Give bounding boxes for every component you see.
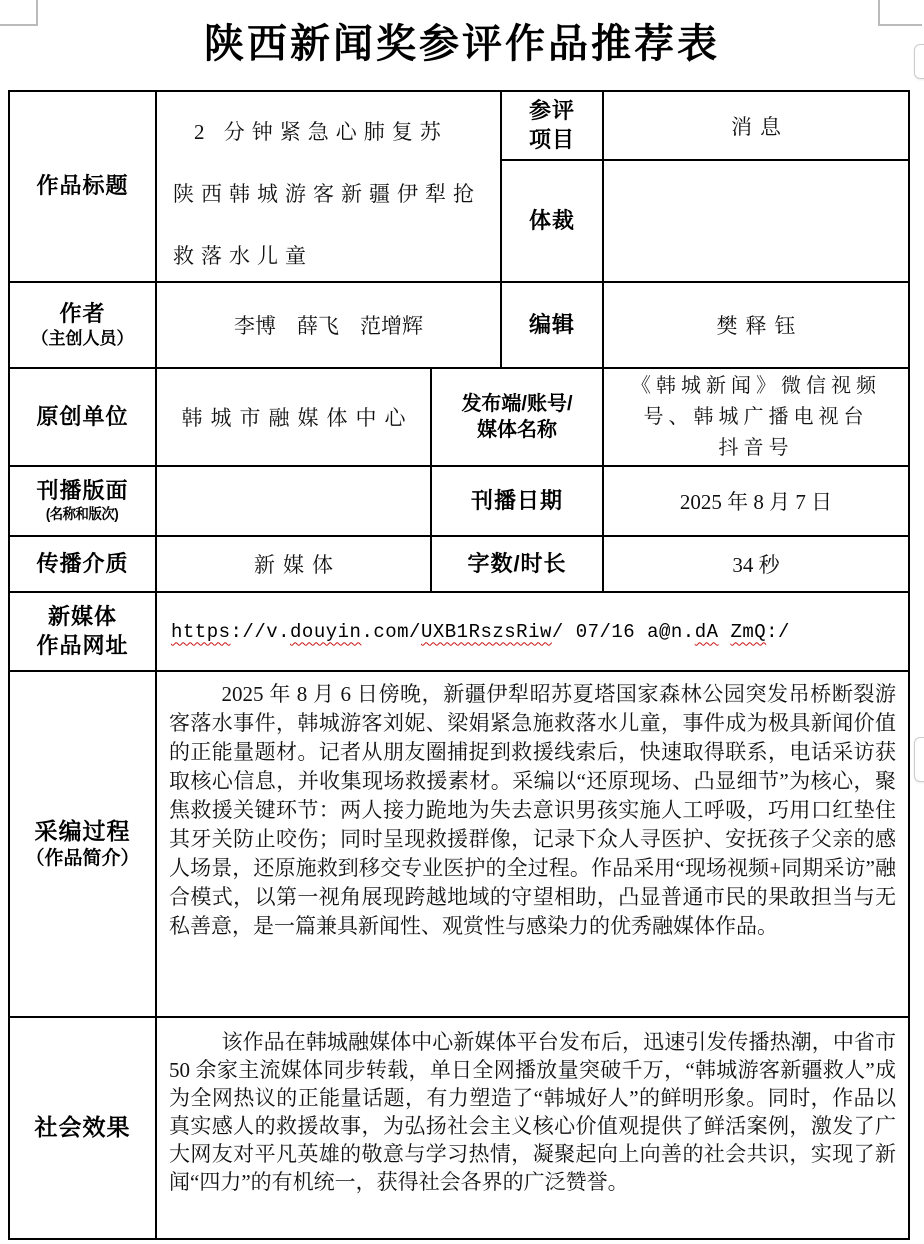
entry-category-label-cell: 参评 项目 (502, 92, 604, 161)
editor-label: 编辑 (529, 311, 575, 340)
process-text: 2025 年 8 月 6 日傍晚，新疆伊犁昭苏夏塔国家森林公园突发吊桥断裂游客落… (169, 680, 896, 941)
process-label-cell: 采编过程 （作品简介） (10, 672, 157, 1018)
medium-value-cell: 新媒体 (157, 537, 432, 593)
editor-value-cell: 樊释钰 (604, 283, 908, 369)
editor-value: 樊释钰 (709, 310, 804, 340)
entry-category-label-line1: 参评 (529, 97, 575, 126)
publish-date-value-cell: 2025 年 8 月 7 日 (604, 467, 908, 537)
work-title-label-cell: 作品标题 (10, 92, 157, 283)
genre-label-cell: 体裁 (502, 161, 604, 283)
editor-label-cell: 编辑 (502, 283, 604, 369)
page-title: 陕西新闻奖参评作品推荐表 (0, 12, 924, 69)
publish-account-value-line2: 号、韩城广播电视台 (631, 402, 881, 433)
process-label-line1: 采编过程 (25, 817, 139, 847)
length-value-cell: 34 秒 (604, 537, 908, 593)
author-sublabel: （主创人员） (32, 328, 134, 350)
entry-category-value-cell: 消息 (604, 92, 908, 161)
document-page: 陕西新闻奖参评作品推荐表 作品标题 2 分钟紧急心肺复苏 陕西韩城游客新疆伊犁抢… (0, 0, 924, 1244)
author-value-cell: 李博 薛飞 范增辉 (157, 283, 502, 369)
author-label-cell: 作者 （主创人员） (10, 283, 157, 369)
author-value: 李博 薛飞 范增辉 (234, 310, 423, 340)
url-label-cell: 新媒体 作品网址 (10, 593, 157, 672)
genre-label: 体裁 (529, 207, 575, 236)
work-title-value-cell: 2 分钟紧急心肺复苏 陕西韩城游客新疆伊犁抢救落水儿童 (157, 92, 502, 283)
url-text: https://v.douyin.com/UXB1RszsRiw/ 07/16 … (171, 621, 790, 643)
publish-page-label: 刊播版面 (36, 477, 128, 506)
entry-category-label-line2: 项目 (529, 126, 575, 155)
original-unit-value-cell: 韩城市融媒体中心 (157, 369, 432, 467)
genre-value-cell (604, 161, 908, 283)
original-unit-label: 原创单位 (36, 403, 128, 432)
entry-category-value: 消息 (723, 111, 789, 141)
publish-account-value-cell: 《韩城新闻》微信视频 号、韩城广播电视台 抖音号 (604, 369, 908, 467)
side-handle-middle[interactable] (914, 737, 924, 782)
social-effect-label: 社会效果 (35, 1113, 131, 1143)
social-effect-text: 该作品在韩城融媒体中心新媒体平台发布后，迅速引发传播热潮，中省市 50 余家主流… (169, 1026, 896, 1196)
length-value: 34 秒 (732, 549, 779, 579)
publish-account-value-line3: 抖音号 (631, 433, 881, 464)
url-label-line1: 新媒体 (36, 603, 128, 632)
publish-account-label-cell: 发布端/账号/ 媒体名称 (432, 369, 604, 467)
process-value-cell: 2025 年 8 月 6 日傍晚，新疆伊犁昭苏夏塔国家森林公园突发吊桥断裂游客落… (157, 672, 908, 1018)
publish-date-label-cell: 刊播日期 (432, 467, 604, 537)
process-label-line2: （作品简介） (25, 847, 139, 872)
publish-page-sublabel: (名称和版次) (40, 506, 125, 525)
original-unit-label-cell: 原创单位 (10, 369, 157, 467)
work-title-value: 2 分钟紧急心肺复苏 陕西韩城游客新疆伊犁抢救落水儿童 (157, 92, 500, 283)
original-unit-value: 韩城市融媒体中心 (174, 402, 414, 432)
publish-account-value-line1: 《韩城新闻》微信视频 (631, 371, 881, 402)
publish-page-label-cell: 刊播版面 (名称和版次) (10, 467, 157, 537)
author-label: 作者 (32, 300, 134, 329)
medium-value: 新媒体 (246, 549, 341, 579)
publish-date-label: 刊播日期 (471, 487, 563, 516)
social-effect-label-cell: 社会效果 (10, 1018, 157, 1238)
publish-date-value: 2025 年 8 月 7 日 (680, 486, 832, 516)
recommendation-form-table: 作品标题 2 分钟紧急心肺复苏 陕西韩城游客新疆伊犁抢救落水儿童 参评 项目 消… (8, 90, 910, 1240)
length-label-cell: 字数/时长 (432, 537, 604, 593)
work-title-label: 作品标题 (36, 172, 128, 201)
publish-account-label-line2: 媒体名称 (461, 417, 572, 443)
length-label: 字数/时长 (467, 550, 566, 579)
url-value-cell: https://v.douyin.com/UXB1RszsRiw/ 07/16 … (157, 593, 908, 672)
medium-label: 传播介质 (36, 550, 128, 579)
social-effect-value-cell: 该作品在韩城融媒体中心新媒体平台发布后，迅速引发传播热潮，中省市 50 余家主流… (157, 1018, 908, 1238)
publish-account-label-line1: 发布端/账号/ (461, 391, 572, 417)
medium-label-cell: 传播介质 (10, 537, 157, 593)
publish-page-value-cell (157, 467, 432, 537)
url-label-line2: 作品网址 (36, 632, 128, 661)
